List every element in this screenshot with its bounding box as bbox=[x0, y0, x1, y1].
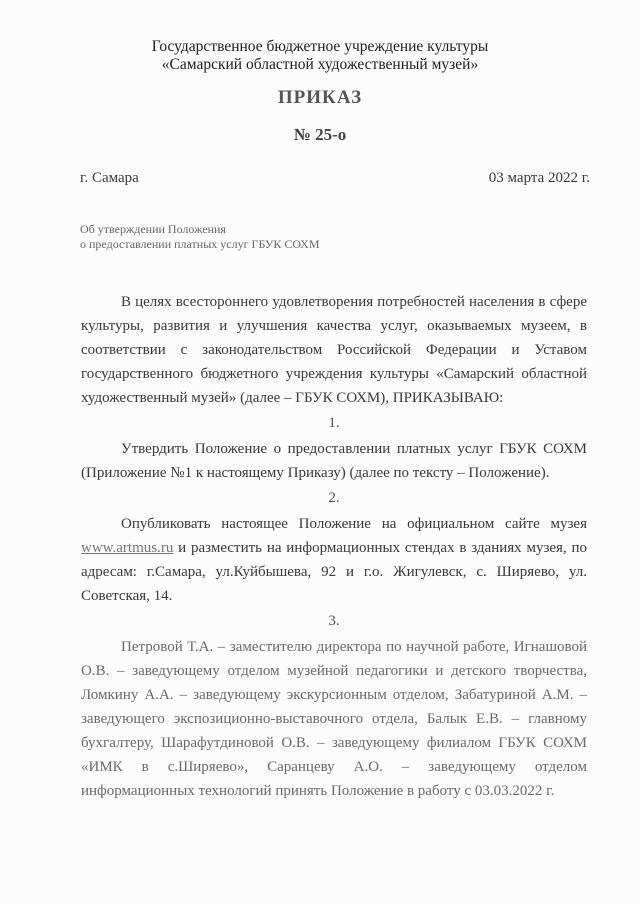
subject-line1: Об утверждении Положения bbox=[80, 222, 320, 237]
item-text-2: Опубликовать настоящее Положение на офиц… bbox=[81, 512, 587, 608]
place: г. Самара bbox=[80, 170, 139, 187]
item-number-2: 2. bbox=[81, 486, 587, 510]
document-title: ПРИКАЗ bbox=[0, 87, 640, 109]
order-body: В целях всестороннего удовлетворения пот… bbox=[81, 290, 587, 803]
preamble: В целях всестороннего удовлетворения пот… bbox=[81, 290, 587, 410]
subject-line2: о предоставлении платных услуг ГБУК СОХМ bbox=[80, 237, 320, 252]
item-text-3: Петровой Т.А. – заместителю директора по… bbox=[81, 635, 587, 803]
order-subject: Об утверждении Положения о предоставлени… bbox=[80, 222, 320, 252]
item-text-1: Утвердить Положение о предоставлении пла… bbox=[81, 437, 587, 485]
order-number: № 25-о bbox=[0, 125, 640, 145]
museum-website-link[interactable]: www.artmus.ru bbox=[81, 540, 173, 556]
institution-name-line1: Государственное бюджетное учреждение кул… bbox=[0, 38, 640, 56]
item-number-3: 3. bbox=[81, 609, 587, 633]
item-number-1: 1. bbox=[81, 411, 587, 435]
institution-name-line2: «Самарский областной художественный музе… bbox=[0, 56, 640, 74]
institution-header: Государственное бюджетное учреждение кул… bbox=[0, 38, 640, 74]
document-page: Государственное бюджетное учреждение кул… bbox=[0, 0, 640, 904]
order-date: 03 марта 2022 г. bbox=[489, 170, 590, 187]
item-2-text-before: Опубликовать настоящее Положение на офиц… bbox=[121, 516, 587, 532]
